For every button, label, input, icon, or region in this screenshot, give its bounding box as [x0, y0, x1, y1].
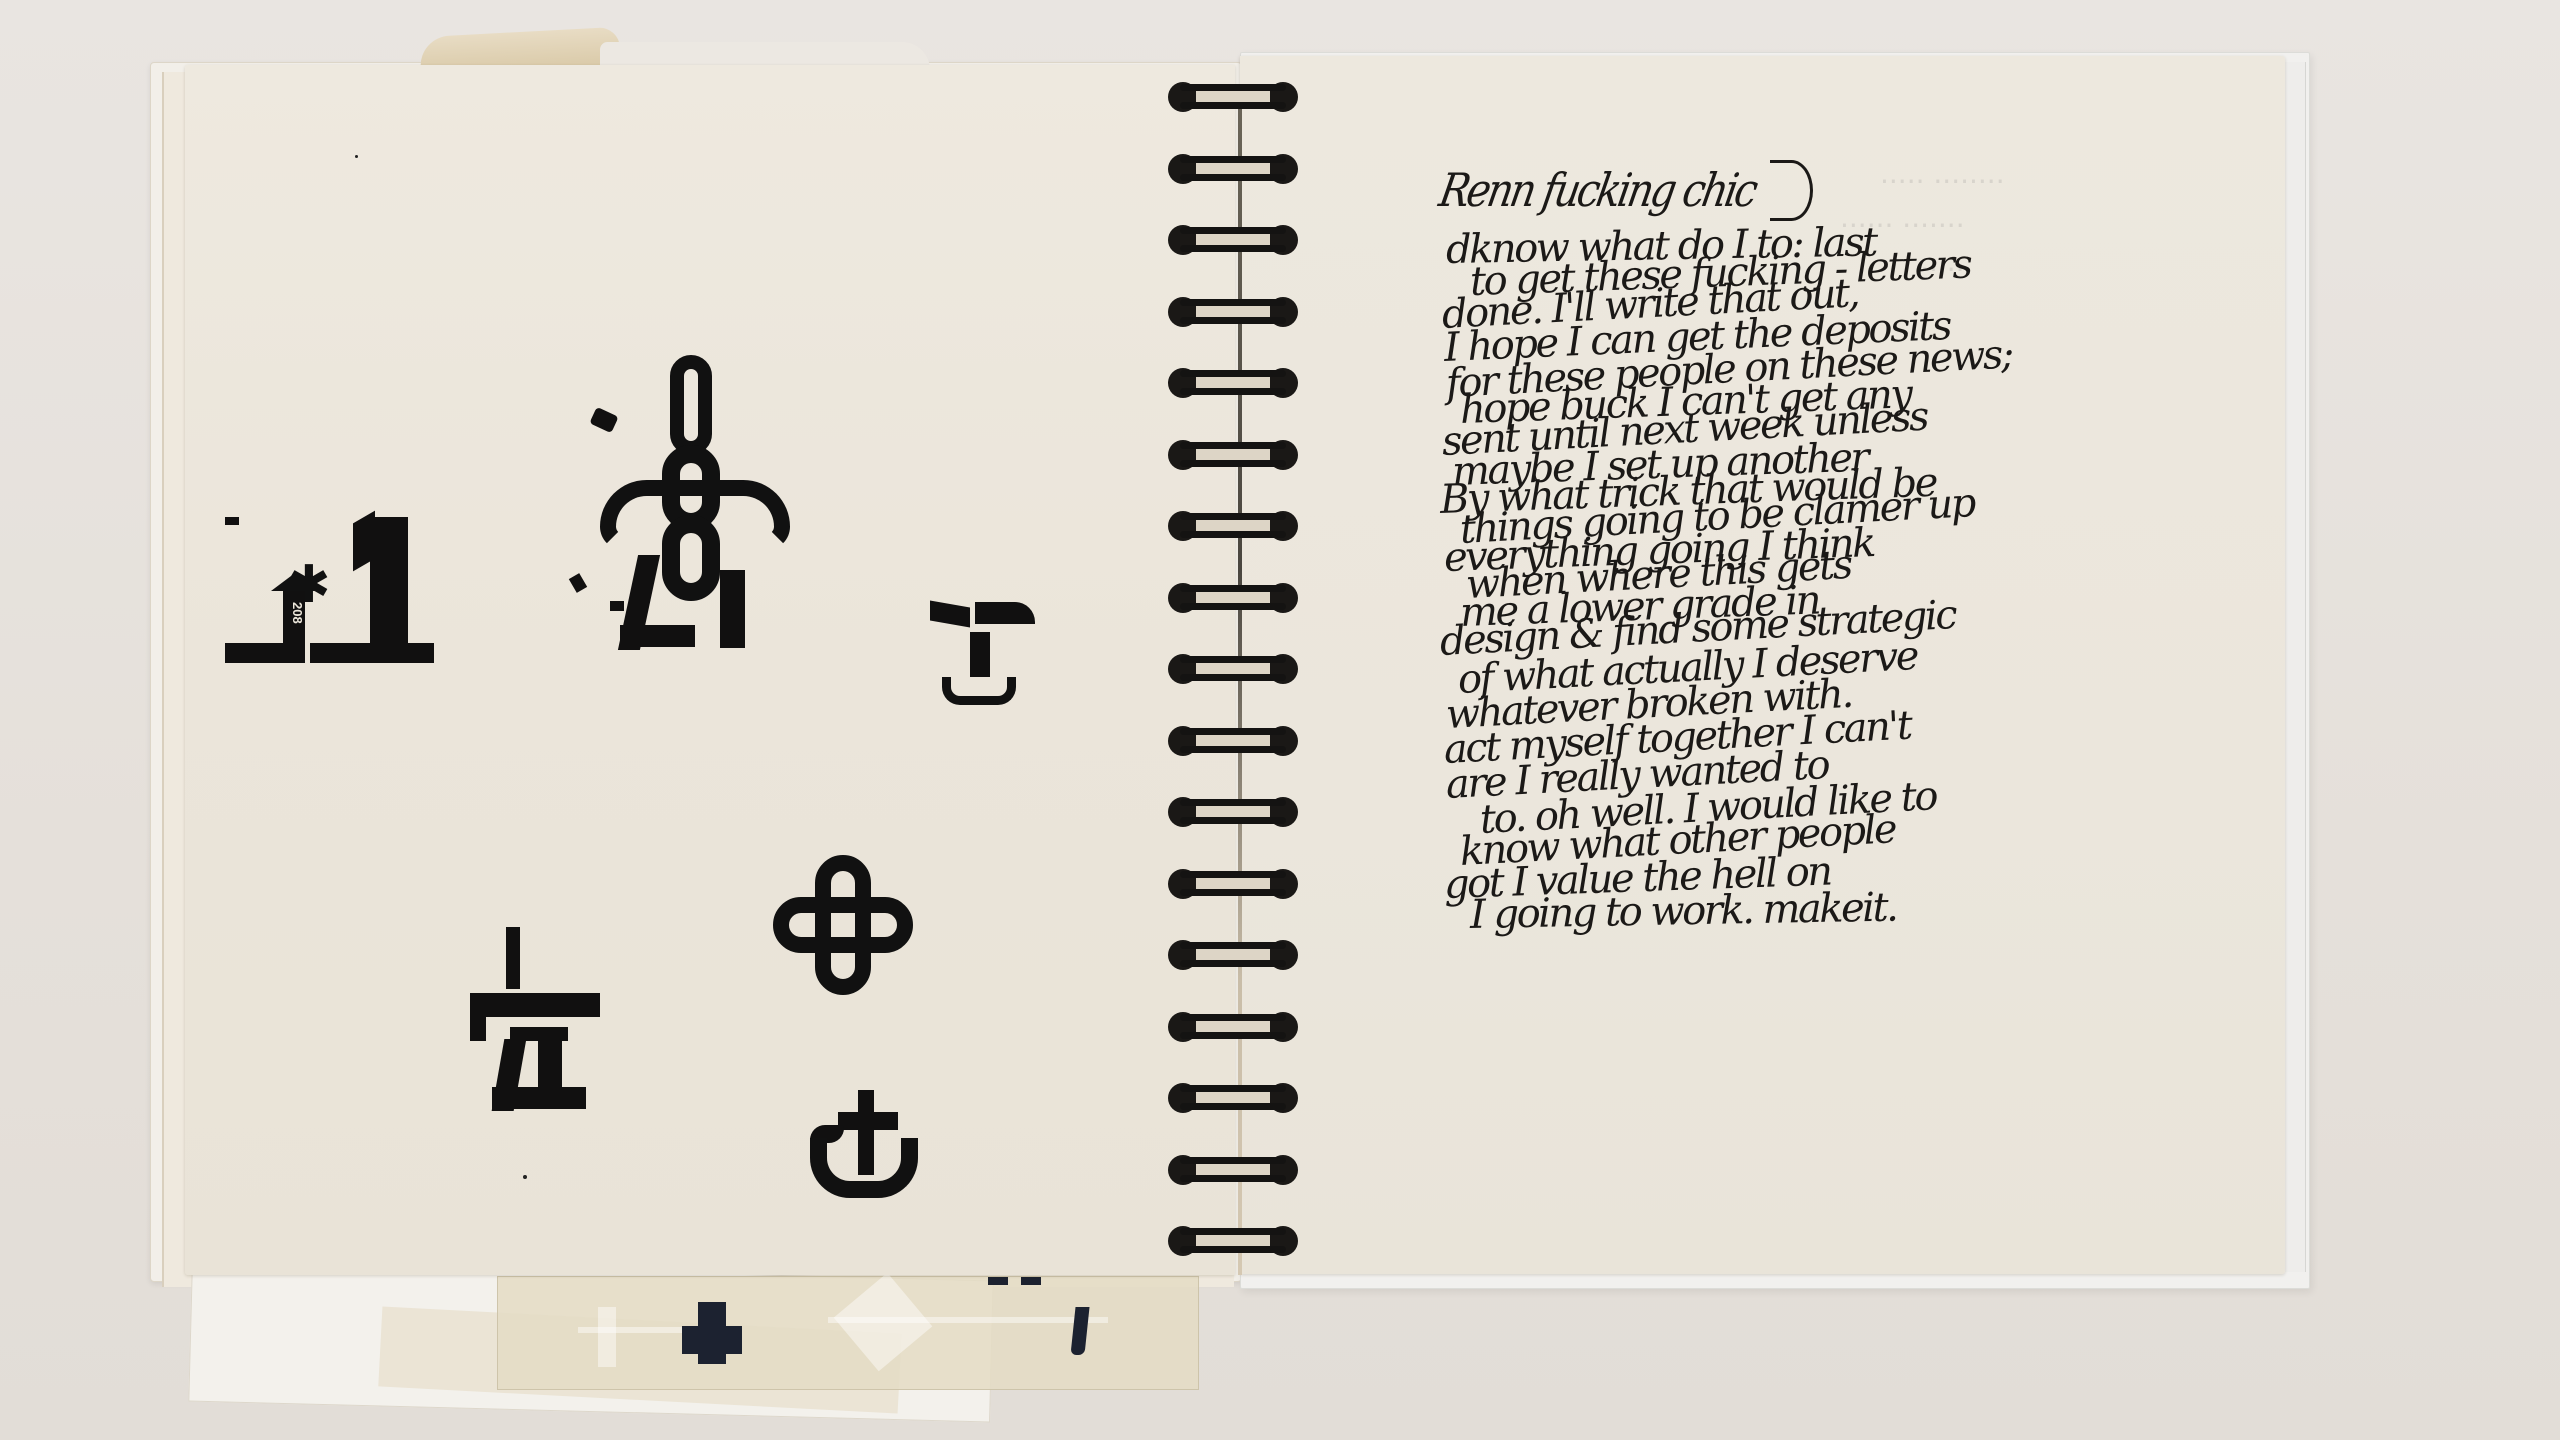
spiral-ring: [1168, 938, 1298, 972]
stamp-hook-glyph: [930, 602, 1040, 712]
ink-blot: [589, 407, 618, 433]
hook-top-left: [930, 600, 970, 627]
stencil-ghost-mark: [598, 1307, 616, 1367]
right-page-stack-edge: [2285, 62, 2306, 1272]
handwriting-line: I going to work. makeit.: [1470, 888, 1897, 935]
handwritten-note: Renn fucking chic dknow what do I to: la…: [1440, 160, 2100, 920]
stamp-divider-glyph: [470, 927, 600, 1117]
spiral-ring: [1168, 80, 1298, 114]
dash-stencil-mark: [1021, 1277, 1041, 1285]
anchor-crossbar: [838, 1112, 898, 1130]
hook-stem: [970, 632, 990, 677]
spiral-ring: [1168, 366, 1298, 400]
numeral-one-stem: [370, 517, 408, 662]
arrow-base-left: [225, 643, 283, 663]
divider-vertical-bar: [506, 927, 520, 989]
numeral-one-base: [310, 643, 434, 663]
ink-blot: [569, 573, 587, 593]
numeral-two-right: [720, 570, 745, 648]
spiral-ring: [1168, 295, 1298, 329]
arrow-number: 208: [281, 602, 305, 652]
divider-base: [492, 1087, 586, 1109]
ink-blot: [610, 601, 624, 611]
numeral-zero: [670, 355, 712, 455]
hook-top-right: [975, 602, 1035, 624]
circled-a-symbol-icon: [1770, 160, 1813, 221]
stamp-stacked-0-8-2: [600, 355, 800, 655]
spiral-ring: [1168, 1224, 1298, 1258]
stencil-ghost-mark: [834, 1273, 933, 1372]
spiral-ring: [1168, 1153, 1298, 1187]
spiral-ring: [1168, 724, 1298, 758]
ink-speck: [225, 517, 239, 525]
ink-dot: [355, 155, 358, 158]
spiral-ring: [1168, 1010, 1298, 1044]
divider-top-bar: [470, 993, 600, 1017]
dash-stencil-mark: [988, 1277, 1008, 1285]
ink-dot: [523, 1175, 527, 1179]
spiral-ring: [1168, 438, 1298, 472]
numeral-two-base: [620, 625, 695, 647]
handwriting-title: Renn fucking chic: [1435, 165, 1759, 218]
arrow-up-icon: [271, 573, 319, 591]
spiral-ring: [1168, 581, 1298, 615]
spiral-ring: [1168, 795, 1298, 829]
acetate-stencil-sheet: [497, 1276, 1199, 1390]
comma-stencil-mark: [1070, 1307, 1089, 1355]
stamp-looped-cross: [773, 855, 913, 995]
looped-cross-horizontal: [773, 897, 913, 953]
spiral-ring: [1168, 652, 1298, 686]
curl-shape: [600, 480, 790, 550]
spiral-ring: [1168, 152, 1298, 186]
spiral-ring: [1168, 223, 1298, 257]
spiral-ring: [1168, 509, 1298, 543]
hook-bowl: [942, 677, 1016, 705]
anchor-bowl: [810, 1138, 918, 1198]
plus-stencil-mark: [682, 1326, 742, 1354]
divider-left-tab: [470, 1011, 486, 1041]
spiral-ring: [1168, 867, 1298, 901]
stamp-anchor-glyph: [810, 1090, 920, 1200]
spiral-ring: [1168, 1081, 1298, 1115]
left-page: ✱ 208: [185, 65, 1235, 1275]
